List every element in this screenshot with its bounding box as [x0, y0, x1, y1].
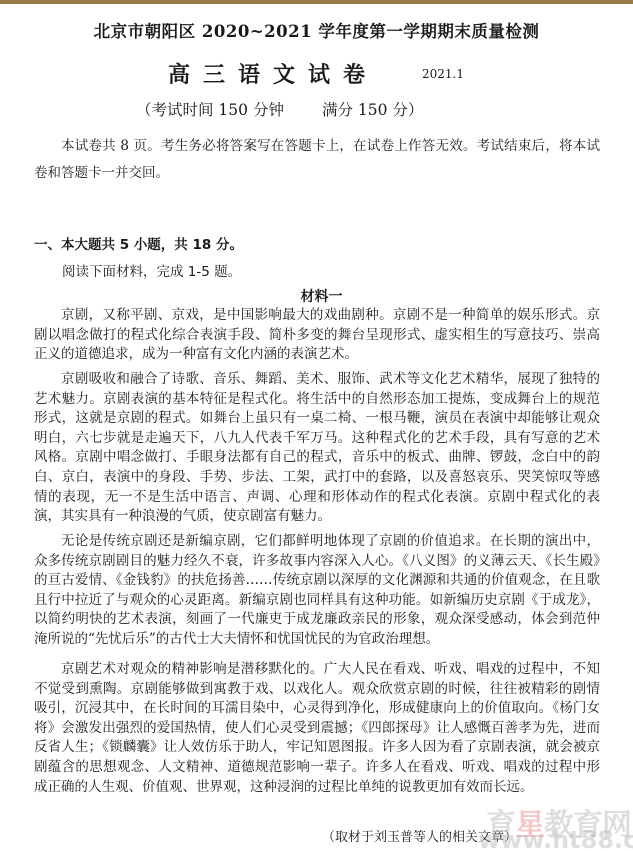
material-title: 材料一: [0, 286, 633, 306]
exam-title-line2-row: 高三语文试卷 2021.1: [0, 58, 633, 88]
section-heading: 一、本大题共 5 小题，共 18 分。: [34, 233, 243, 253]
source-note: （取材于刘玉普等人的相关文章）: [322, 826, 517, 845]
paragraph-3: 无论是传统京剧还是新编京剧，它们都鲜明地体现了京剧的价值追求。在长期的演出中，众…: [34, 532, 600, 650]
exam-subject-title: 高三语文试卷: [168, 58, 378, 89]
exam-time: （考试时间 150 分钟: [136, 101, 284, 119]
exam-instructions: 本试卷共 8 页。考生务必将答案写在答题卡上，在试卷上作答无效。考试结束后，将本…: [34, 133, 600, 187]
paragraph-1: 京剧，又称平剧、京戏，是中国影响最大的戏曲剧种。京剧不是一种简单的娱乐形式。京剧…: [34, 306, 600, 365]
paragraph-4: 京剧艺术对观众的精神影响是潜移默化的。广大人民在看戏、听戏、唱戏的过程中，不知不…: [34, 660, 600, 797]
reading-instruction: 阅读下面材料，完成 1-5 题。: [62, 260, 241, 280]
exam-info: （考试时间 150 分钟满分 150 分）: [136, 98, 423, 120]
exam-page: 北京市朝阳区 2020~2021 学年度第一学期期末质量检测 高三语文试卷 20…: [0, 0, 633, 851]
exam-date: 2021.1: [422, 67, 464, 81]
exam-title-line1: 北京市朝阳区 2020~2021 学年度第一学期期末质量检测: [0, 18, 633, 42]
paragraph-2: 京剧吸收和融合了诗歌、音乐、舞蹈、美术、服饰、武术等文化艺术精华，展现了独特的艺…: [34, 370, 600, 527]
exam-full-score: 满分 150 分）: [322, 101, 423, 119]
